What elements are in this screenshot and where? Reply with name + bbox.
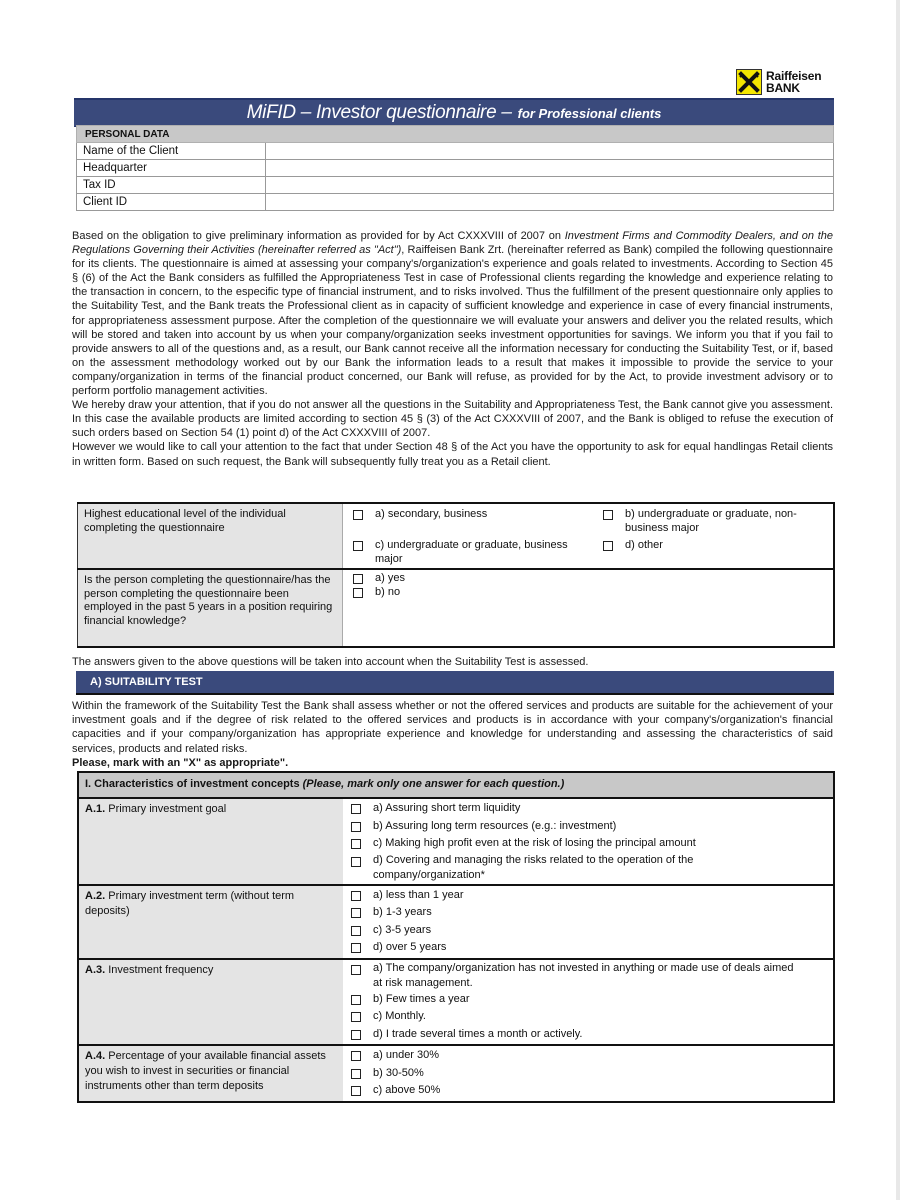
checkbox[interactable]	[353, 574, 363, 584]
checkbox[interactable]	[603, 541, 613, 551]
field-label-headquarter: Headquarter	[77, 160, 266, 177]
option-item[interactable]: c) 3-5 years	[343, 922, 833, 940]
option-item[interactable]: b) no	[343, 586, 833, 600]
checkbox[interactable]	[351, 908, 361, 918]
checkbox[interactable]	[351, 891, 361, 901]
option-item[interactable]: a) Assuring short term liquidity	[343, 800, 833, 818]
option-item[interactable]: c) above 50%	[343, 1082, 833, 1100]
raiffeisen-crossed-horses-icon	[736, 69, 762, 95]
option-item[interactable]: a) The company/organization has not inve…	[343, 961, 803, 991]
checkbox[interactable]	[353, 510, 363, 520]
option-item[interactable]: d) over 5 years	[343, 939, 833, 957]
checkbox[interactable]	[351, 995, 361, 1005]
question-label: A.1. Primary investment goal	[78, 798, 343, 885]
option-item[interactable]: b) undergraduate or graduate, non-busine…	[593, 508, 833, 535]
document-title: MiFID – Investor questionnaire –	[247, 102, 512, 124]
checkbox[interactable]	[351, 839, 361, 849]
field-label-tax-id: Tax ID	[77, 177, 266, 194]
question-label: A.2. Primary investment term (without te…	[78, 885, 343, 959]
raiffeisen-logo: Raiffeisen BANK	[736, 69, 821, 95]
personal-data-heading: PERSONAL DATA	[77, 126, 834, 143]
personal-data-table: PERSONAL DATA Name of the Client Headqua…	[76, 125, 834, 211]
checkbox[interactable]	[351, 926, 361, 936]
personal-data-row: Name of the Client	[77, 143, 834, 160]
option-item[interactable]: c) Monthly.	[343, 1008, 833, 1026]
question-label: A.3. Investment frequency	[78, 959, 343, 1046]
suitability-description: Within the framework of the Suitability …	[72, 699, 833, 756]
checkbox[interactable]	[351, 965, 361, 975]
education-question-label: Highest educational level of the individ…	[78, 503, 343, 569]
financial-experience-question-label: Is the person completing the questionnai…	[78, 569, 343, 647]
document-subtitle: for Professional clients	[518, 106, 662, 121]
question-label: A.4. Percentage of your available financ…	[78, 1045, 343, 1102]
document-page: Raiffeisen BANK MiFID – Investor questio…	[0, 0, 900, 1200]
question-row: Is the person completing the questionnai…	[78, 569, 835, 647]
client-id-field[interactable]	[272, 195, 827, 209]
checkbox[interactable]	[351, 1012, 361, 1022]
question-row: Highest educational level of the individ…	[78, 503, 835, 569]
education-questions-table: Highest educational level of the individ…	[77, 502, 835, 648]
tax-id-field[interactable]	[272, 178, 827, 192]
checkbox[interactable]	[351, 1069, 361, 1079]
checkbox[interactable]	[351, 857, 361, 867]
logo-name-line2: BANK	[766, 82, 821, 94]
page-edge	[896, 0, 900, 1200]
checkbox[interactable]	[353, 588, 363, 598]
option-item[interactable]: c) Making high profit even at the risk o…	[343, 835, 833, 853]
question-row-a1: A.1. Primary investment goal a) Assuring…	[78, 798, 834, 885]
checkbox[interactable]	[351, 804, 361, 814]
headquarter-field[interactable]	[272, 161, 827, 175]
checkbox[interactable]	[351, 1086, 361, 1096]
option-item[interactable]: b) 30-50%	[343, 1065, 833, 1083]
field-label-client-id: Client ID	[77, 194, 266, 211]
option-item[interactable]: a) less than 1 year	[343, 887, 833, 905]
option-item[interactable]: c) undergraduate or graduate, business m…	[343, 539, 593, 566]
option-item[interactable]: a) yes	[343, 572, 833, 586]
checkbox[interactable]	[351, 1051, 361, 1061]
suitability-note: The answers given to the above questions…	[72, 656, 588, 668]
field-label-client-name: Name of the Client	[77, 143, 266, 160]
checkbox[interactable]	[351, 1030, 361, 1040]
investment-concepts-table: I. Characteristics of investment concept…	[77, 771, 835, 1103]
option-item[interactable]: b) 1-3 years	[343, 904, 833, 922]
document-title-bar: MiFID – Investor questionnaire – for Pro…	[74, 98, 834, 127]
intro-paragraph-1: Based on the obligation to give prelimin…	[72, 229, 833, 398]
option-item[interactable]: d) other	[593, 539, 833, 566]
personal-data-row: Client ID	[77, 194, 834, 211]
option-item[interactable]: d) Covering and managing the risks relat…	[343, 853, 763, 883]
client-name-field[interactable]	[272, 144, 827, 158]
option-item[interactable]: d) I trade several times a month or acti…	[343, 1026, 833, 1044]
option-item[interactable]: a) under 30%	[343, 1047, 833, 1065]
question-row-a4: A.4. Percentage of your available financ…	[78, 1045, 834, 1102]
marking-instruction: Please, mark with an "X" as appropriate"…	[72, 756, 833, 770]
checkbox[interactable]	[351, 943, 361, 953]
checkbox[interactable]	[353, 541, 363, 551]
suitability-text: Within the framework of the Suitability …	[72, 699, 833, 770]
investment-concepts-heading: I. Characteristics of investment concept…	[78, 772, 834, 798]
intro-paragraph-2: We hereby draw your attention, that if y…	[72, 398, 833, 440]
personal-data-row: Headquarter	[77, 160, 834, 177]
option-item[interactable]: b) Assuring long term resources (e.g.: i…	[343, 818, 833, 836]
education-options: a) secondary, business b) undergraduate …	[343, 506, 833, 566]
question-row-a2: A.2. Primary investment term (without te…	[78, 885, 834, 959]
option-item[interactable]: b) Few times a year	[343, 991, 833, 1009]
personal-data-row: Tax ID	[77, 177, 834, 194]
suitability-section-heading: A) SUITABILITY TEST	[76, 671, 834, 695]
checkbox[interactable]	[603, 510, 613, 520]
question-row-a3: A.3. Investment frequency a) The company…	[78, 959, 834, 1046]
intro-paragraph-3: However we would like to call your atten…	[72, 440, 833, 468]
checkbox[interactable]	[351, 822, 361, 832]
intro-text: Based on the obligation to give prelimin…	[72, 229, 833, 469]
option-item[interactable]: a) secondary, business	[343, 508, 593, 535]
